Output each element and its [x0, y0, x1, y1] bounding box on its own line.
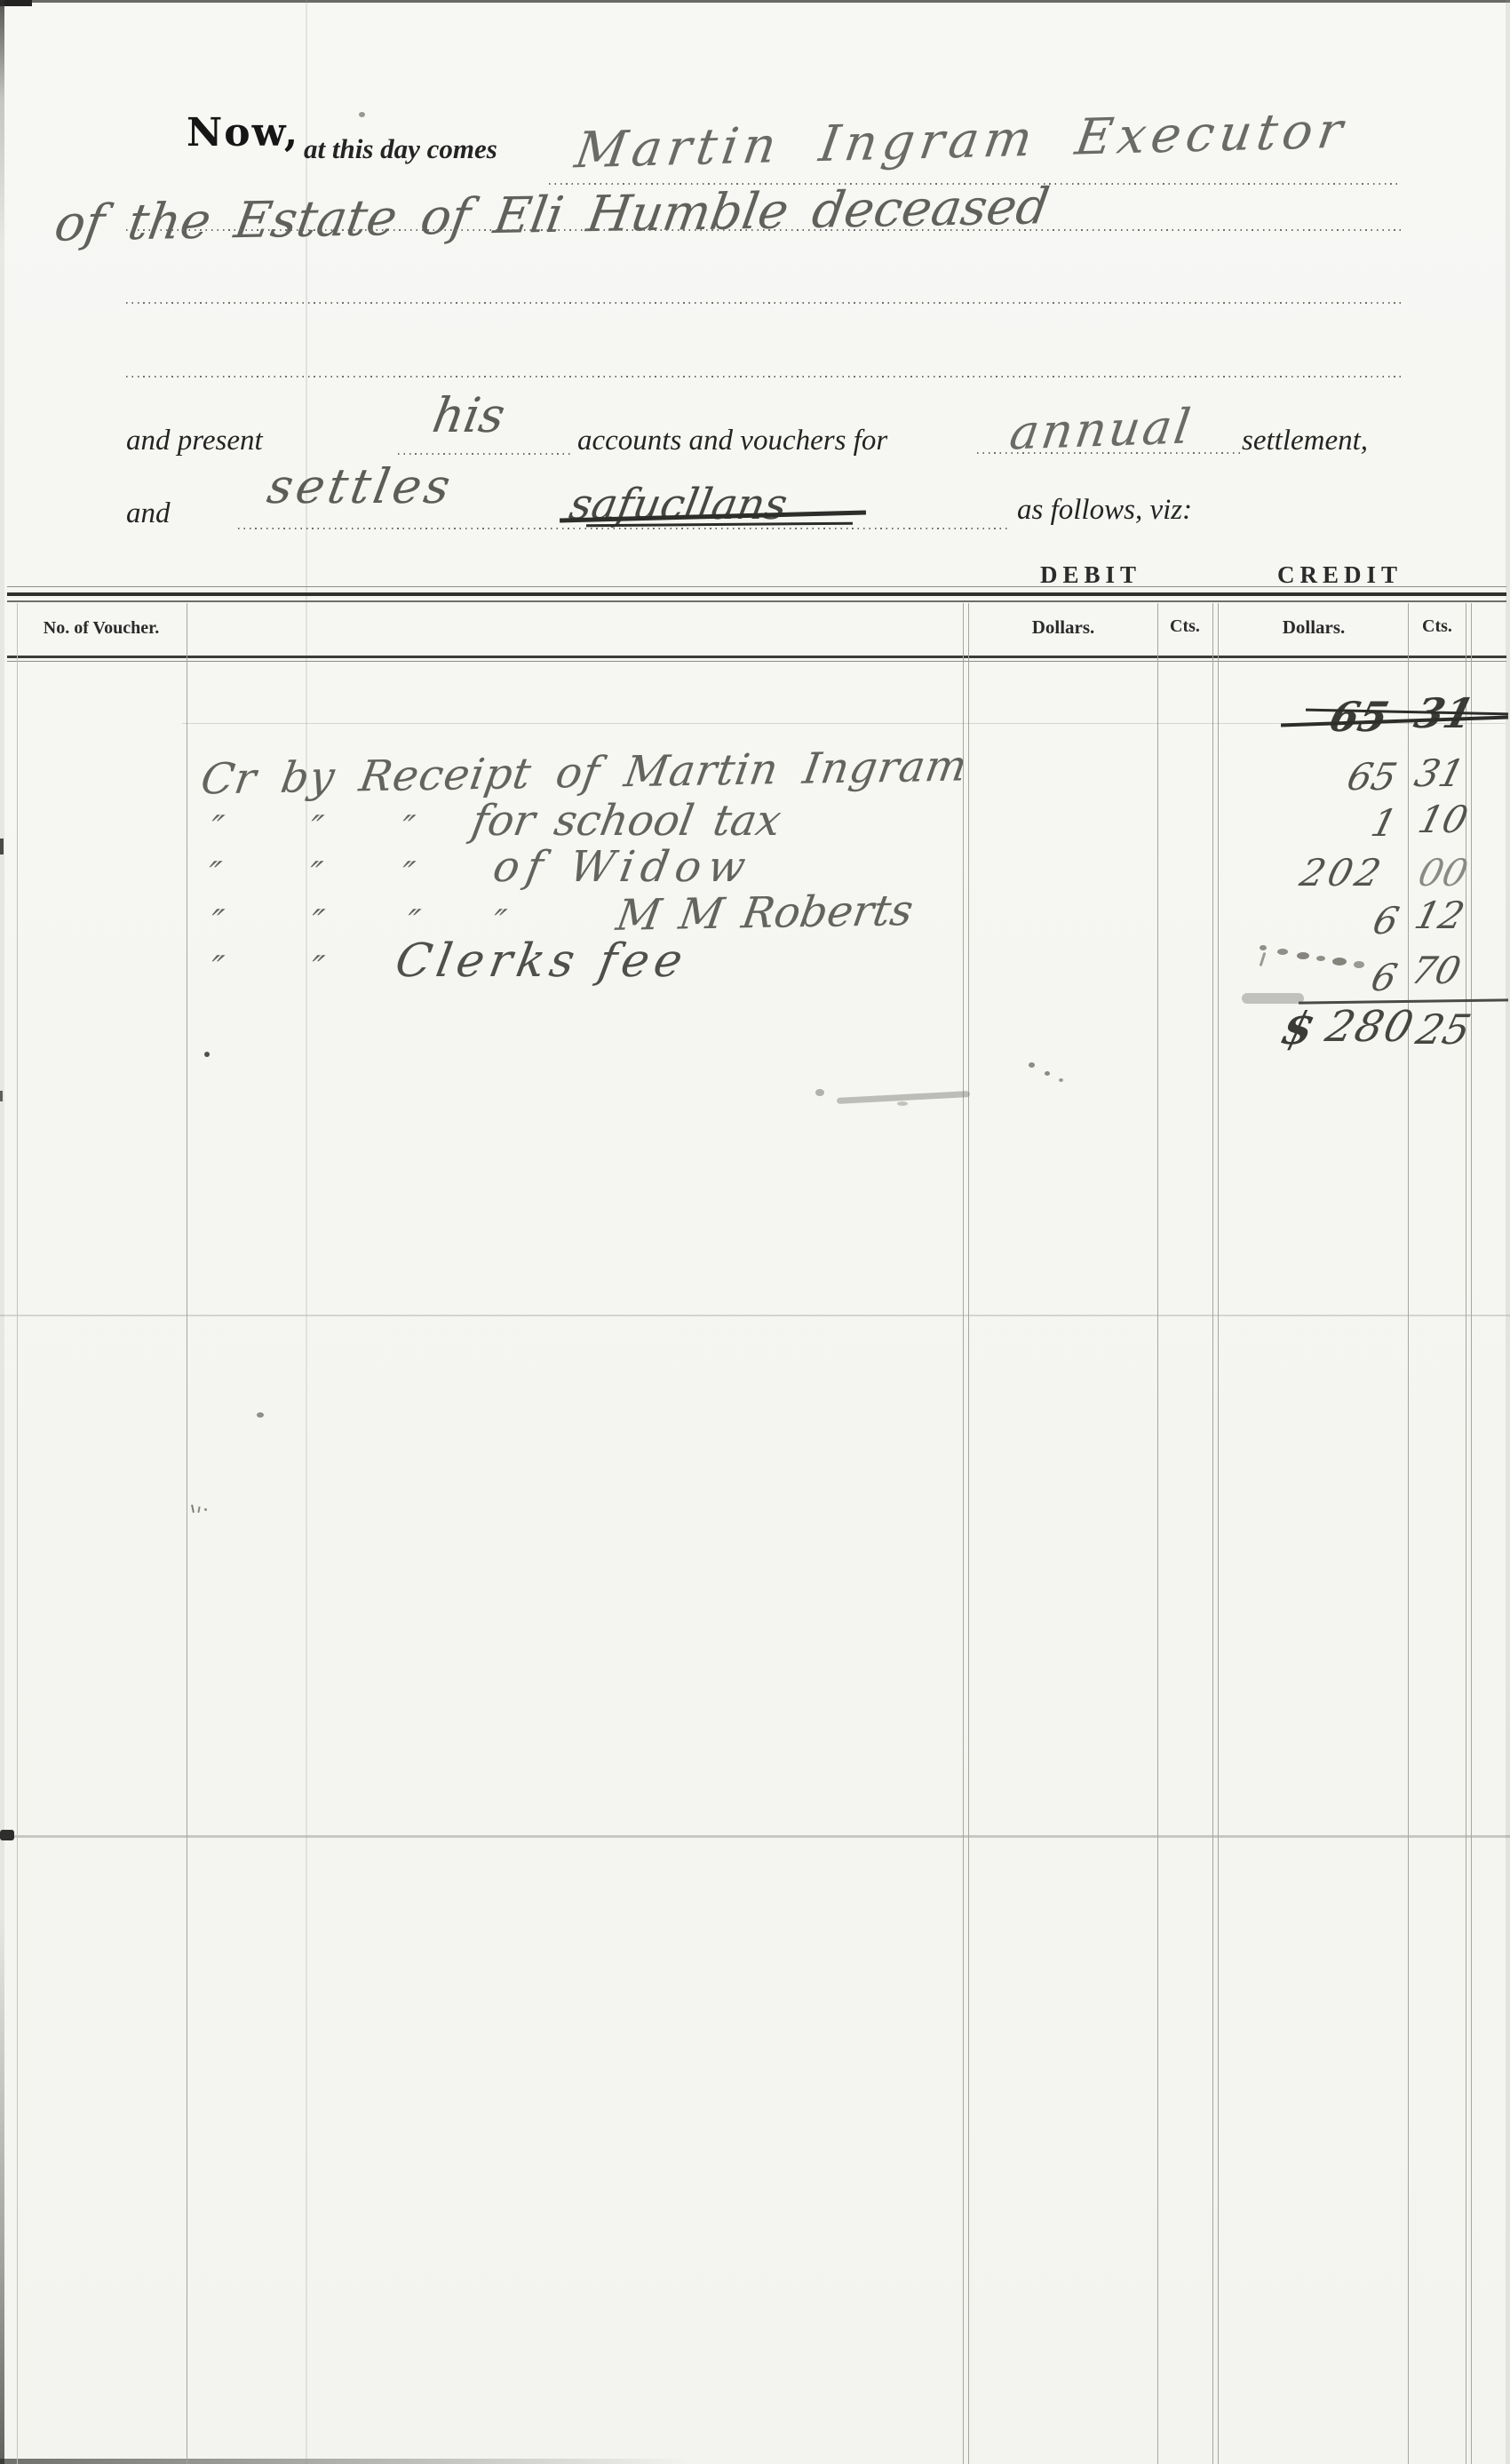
header-bottom-rule-light [7, 661, 1506, 662]
handwritten-settles: settles [263, 458, 457, 514]
credit-dollars-header: Dollars. [1221, 616, 1406, 639]
scan-right-edge [1506, 0, 1510, 2464]
now-word: Now, [187, 110, 299, 155]
fold-crease [0, 1315, 1510, 1316]
fill-in-line [398, 453, 571, 455]
credit-cts-value: 00 [1414, 851, 1473, 894]
tiny-pencil-mark [204, 1508, 207, 1511]
scan-left-edge [0, 0, 4, 2464]
header-rule-thin [7, 586, 1506, 587]
debit-column-label: DEBIT [1002, 561, 1180, 589]
ink-dot [1332, 958, 1347, 966]
accounts-phrase: accounts and vouchers for [577, 425, 887, 457]
credit-dollars-value: 65 [1343, 755, 1402, 799]
fill-in-line [977, 452, 1240, 454]
ledger-row-text: for school tax [468, 796, 785, 846]
credit-cts-rule [1408, 603, 1409, 2464]
ink-dot [1277, 949, 1288, 955]
ditto-mark: ″ [207, 949, 226, 988]
tiny-pencil-mark [191, 1505, 195, 1513]
ditto-mark: ″ [207, 808, 226, 847]
handwritten-estate-entry: of the Estate of Eli Humble deceased [51, 178, 1053, 252]
ink-period-dot [204, 1052, 210, 1057]
debit-credit-divider-b [1218, 603, 1219, 2464]
table-right-rule-b [1471, 603, 1472, 2464]
scanned-ledger-page: Now, at this day comes Martin Ingram Exe… [0, 0, 1510, 2464]
opening-phrase: at this day comes [304, 133, 497, 165]
strikethrough-mark [1281, 716, 1508, 727]
settlement-word: settlement, [1242, 425, 1368, 457]
credit-cts-value: 12 [1411, 894, 1469, 937]
smudge-dot [257, 1412, 264, 1418]
smudge-dot [359, 112, 365, 117]
debit-cts-rule [1157, 603, 1158, 2464]
ditto-mark: ″ [398, 808, 417, 847]
credit-dollars-value: 1 [1367, 801, 1402, 845]
smudge-dot [1045, 1071, 1050, 1076]
tiny-pencil-mark [197, 1506, 200, 1513]
header-bottom-rule-heavy [7, 656, 1506, 658]
debit-credit-divider-a [1212, 603, 1213, 2464]
ditto-mark: ″ [306, 854, 325, 894]
header-rule-light [7, 600, 1506, 602]
fill-in-line [126, 376, 1402, 378]
handwritten-struck-word: safucllans [566, 480, 791, 529]
struck-credit-dollars: 65 [1324, 693, 1393, 741]
present-phrase: and present [126, 425, 263, 457]
ditto-mark: ″ [398, 854, 417, 894]
scan-top-left-corner [0, 0, 32, 6]
debit-dollars-rule-b [968, 603, 969, 2464]
ditto-mark: ″ [207, 902, 226, 942]
credit-dollars-value: 6 [1369, 899, 1403, 942]
handwritten-his: his [428, 387, 509, 443]
vertical-crease [306, 0, 307, 2464]
credit-cts-header: Cts. [1410, 616, 1465, 637]
scan-bottom-edge [0, 2459, 693, 2464]
debit-cts-header: Cts. [1159, 616, 1211, 637]
smudge-dot [1029, 1062, 1035, 1068]
ink-dot [1354, 961, 1364, 968]
credit-dollars-value: 6 [1367, 956, 1402, 999]
header-rule-heavy [7, 592, 1506, 596]
ditto-mark: ″ [204, 854, 224, 894]
credit-cts-value: 70 [1407, 949, 1466, 992]
scan-top-edge [0, 0, 1510, 3]
and-word: and [126, 497, 171, 530]
table-left-rule [17, 603, 18, 2464]
ditto-mark: ″ [306, 808, 326, 847]
ledger-row-text: Cr by Receipt of Martin Ingram [197, 742, 971, 805]
total-dollars-value: 280 [1321, 1002, 1420, 1052]
ink-dot [1297, 952, 1309, 959]
handwritten-name-entry: Martin Ingram Executor [571, 102, 1351, 180]
ditto-mark: ″ [307, 902, 327, 942]
debit-dollars-rule-a [963, 603, 964, 2464]
smudge-dot [815, 1089, 824, 1096]
ditto-mark: ″ [307, 949, 327, 988]
ink-dot [1316, 956, 1325, 961]
fill-in-line [126, 302, 1402, 304]
credit-dollars-value: 202 [1296, 851, 1388, 894]
ledger-row-text: Clerks fee [392, 934, 692, 988]
left-edge-tick [0, 839, 4, 854]
table-right-rule-a [1466, 603, 1466, 2464]
credit-cts-value: 10 [1414, 798, 1473, 841]
fold-crease [0, 1835, 1510, 1838]
ink-dot [1260, 945, 1267, 950]
ledger-row-text: M M Roberts [613, 886, 917, 941]
voucher-column-rule [187, 603, 187, 2464]
ledger-row-text: of Widow [489, 842, 756, 892]
smudge-dot [897, 1101, 908, 1106]
follows-phrase: as follows, viz: [1017, 494, 1192, 527]
credit-cts-value: 31 [1411, 751, 1469, 795]
fold-crease-ink-blob [0, 1830, 14, 1840]
debit-dollars-header: Dollars. [973, 616, 1154, 639]
voucher-column-header: No. of Voucher. [25, 618, 178, 639]
ink-dot-tail [1260, 952, 1267, 966]
credit-column-label: CREDIT [1240, 561, 1440, 589]
left-edge-tick [0, 1091, 3, 1101]
fill-in-line [126, 229, 1402, 231]
fill-in-line [238, 528, 1011, 529]
total-currency-symbol: $ [1276, 1002, 1321, 1054]
smudge-dot [1059, 1078, 1063, 1082]
